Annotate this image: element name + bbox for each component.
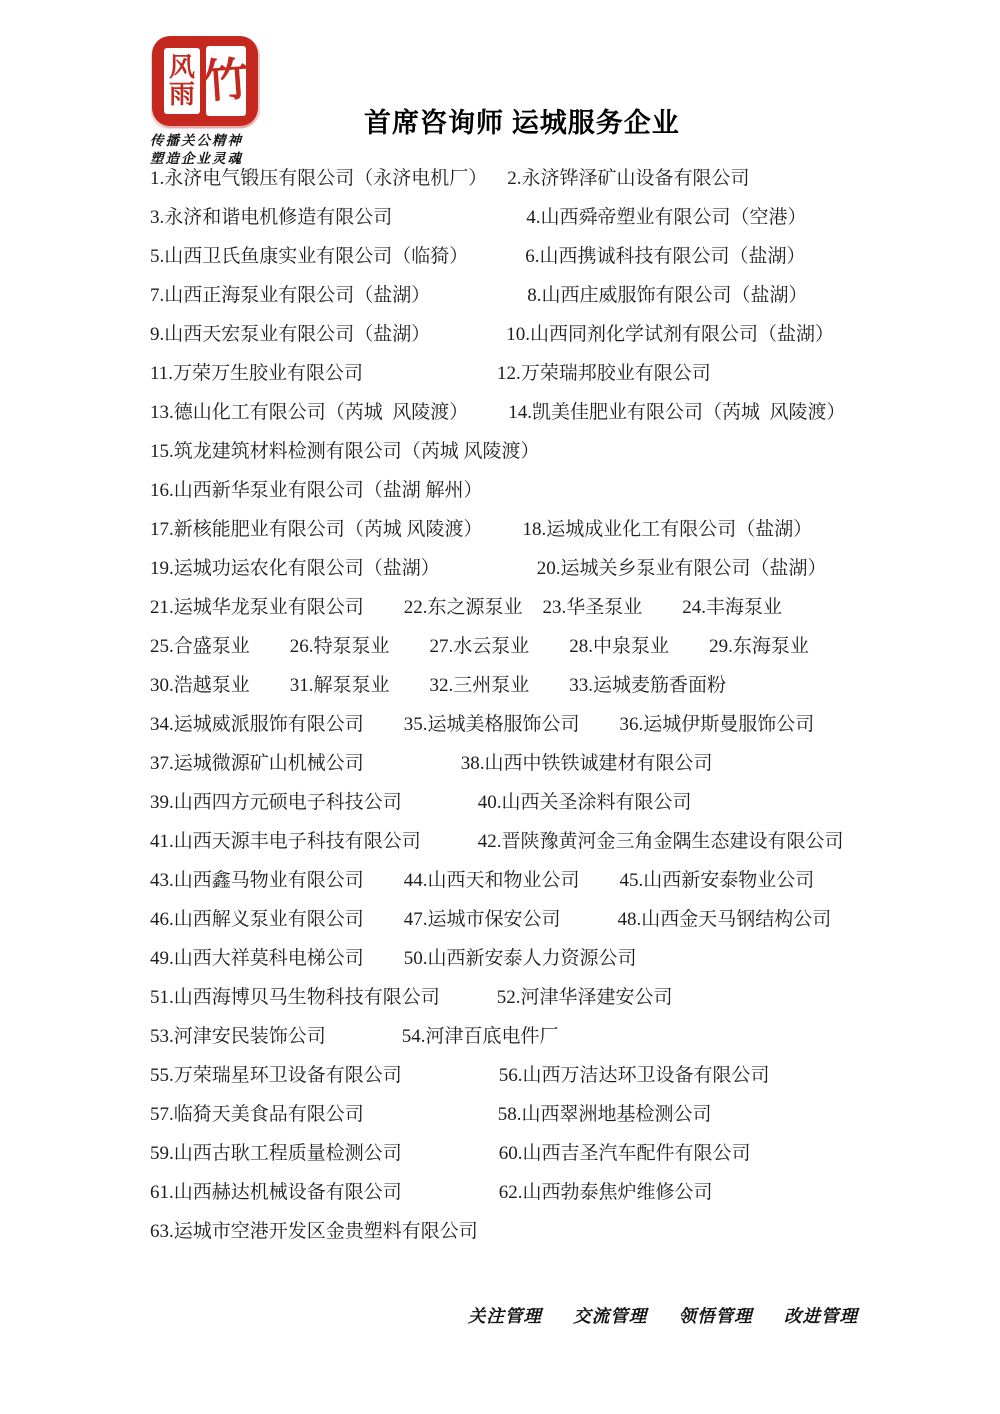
company-item: 60.山西吉圣汽车配件有限公司 <box>499 1143 751 1164</box>
company-line: 30.浩越泵业31.解泵泵业32.三州泵业33.运城麦筋香面粉 <box>150 674 858 698</box>
company-line: 34.运城威派服饰有限公司35.运城美格服饰公司36.运城伊斯曼服饰公司 <box>150 713 858 737</box>
company-item: 41.山西天源丰电子科技有限公司 <box>150 831 421 852</box>
company-item: 30.浩越泵业 <box>150 675 250 696</box>
company-item: 50.山西新安泰人力资源公司 <box>404 948 637 969</box>
brand-slogan-line1: 传播关公精神 <box>150 132 280 150</box>
company-line: 7.山西正海泵业有限公司（盐湖）8.山西庄威服饰有限公司（盐湖） <box>150 284 858 308</box>
company-item: 24.丰海泵业 <box>682 597 782 618</box>
company-line: 63.运城市空港开发区金贵塑料有限公司 <box>150 1220 858 1244</box>
company-line: 39.山西四方元硕电子科技公司40.山西关圣涂料有限公司 <box>150 791 858 815</box>
company-item: 37.运城微源矿山机械公司 <box>150 753 364 774</box>
company-item: 40.山西关圣涂料有限公司 <box>478 792 692 813</box>
company-item: 62.山西勃泰焦炉维修公司 <box>499 1182 713 1203</box>
company-line: 51.山西海博贝马生物科技有限公司52.河津华泽建安公司 <box>150 986 858 1010</box>
company-list: 1.永济电气锻压有限公司（永济电机厂）2.永济铧泽矿山设备有限公司 3.永济和谐… <box>150 167 858 1259</box>
company-line: 37.运城微源矿山机械公司38.山西中铁铁诚建材有限公司 <box>150 752 858 776</box>
seal-left-panel: 风 雨 <box>164 48 200 114</box>
brand-slogan: 传播关公精神 塑造企业灵魂 <box>150 132 280 168</box>
company-item: 63.运城市空港开发区金贵塑料有限公司 <box>150 1221 478 1242</box>
company-item: 6.山西携诚科技有限公司（盐湖） <box>525 246 805 267</box>
company-item: 9.山西天宏泵业有限公司（盐湖） <box>150 324 430 345</box>
seal-right-panel: 竹 <box>206 46 246 116</box>
company-item: 57.临猗天美食品有限公司 <box>150 1104 364 1125</box>
company-line: 49.山西大祥莫科电梯公司50.山西新安泰人力资源公司 <box>150 947 858 971</box>
company-line: 3.永济和谐电机修造有限公司4.山西舜帝塑业有限公司（空港） <box>150 206 858 230</box>
footer-motto: 关注管理 交流管理 领悟管理 改进管理 <box>150 1303 858 1328</box>
company-item: 31.解泵泵业 <box>290 675 390 696</box>
company-item: 59.山西古耿工程质量检测公司 <box>150 1143 402 1164</box>
company-item: 47.运城市保安公司 <box>404 909 561 930</box>
company-item: 27.水云泵业 <box>430 636 530 657</box>
company-item: 21.运城华龙泵业有限公司 <box>150 597 364 618</box>
company-line: 17.新核能肥业有限公司（芮城 风陵渡）18.运城成业化工有限公司（盐湖） <box>150 518 858 542</box>
company-line: 5.山西卫氏鱼康实业有限公司（临猗）6.山西携诚科技有限公司（盐湖） <box>150 245 858 269</box>
company-item: 22.东之源泵业 <box>404 597 523 618</box>
company-item: 19.运城功运农化有限公司（盐湖） <box>150 558 440 579</box>
company-item: 49.山西大祥莫科电梯公司 <box>150 948 364 969</box>
page-title: 首席咨询师 运城服务企业 <box>364 101 680 140</box>
company-item: 7.山西正海泵业有限公司（盐湖） <box>150 285 430 306</box>
brand-slogan-line2: 塑造企业灵魂 <box>150 150 280 168</box>
company-item: 61.山西赫达机械设备有限公司 <box>150 1182 402 1203</box>
footer-motto-item: 改进管理 <box>784 1306 858 1326</box>
company-item: 17.新核能肥业有限公司（芮城 风陵渡） <box>150 519 483 540</box>
company-item: 25.合盛泵业 <box>150 636 250 657</box>
company-line: 43.山西鑫马物业有限公司44.山西天和物业公司45.山西新安泰物业公司 <box>150 869 858 893</box>
company-item: 32.三州泵业 <box>430 675 530 696</box>
company-item: 51.山西海博贝马生物科技有限公司 <box>150 987 440 1008</box>
company-item: 14.凯美佳肥业有限公司（芮城 风陵渡） <box>508 402 845 423</box>
company-line: 16.山西新华泵业有限公司（盐湖 解州） <box>150 479 858 503</box>
document-page: 风 雨 竹 传播关公精神 塑造企业灵魂 首席咨询师 运城服务企业 1.永济电气锻… <box>0 0 1000 1414</box>
company-line: 61.山西赫达机械设备有限公司62.山西勃泰焦炉维修公司 <box>150 1181 858 1205</box>
company-line: 21.运城华龙泵业有限公司22.东之源泵业23.华圣泵业24.丰海泵业 <box>150 596 858 620</box>
company-item: 36.运城伊斯曼服饰公司 <box>620 714 815 735</box>
footer-motto-item: 关注管理 <box>468 1306 542 1326</box>
company-line: 15.筑龙建筑材料检测有限公司（芮城 风陵渡） <box>150 440 858 464</box>
company-item: 34.运城威派服饰有限公司 <box>150 714 364 735</box>
company-item: 10.山西同剂化学试剂有限公司（盐湖） <box>506 324 834 345</box>
company-item: 45.山西新安泰物业公司 <box>620 870 815 891</box>
company-item: 23.华圣泵业 <box>543 597 643 618</box>
company-item: 11.万荣万生胶业有限公司 <box>150 363 363 384</box>
company-item: 53.河津安民装饰公司 <box>150 1026 326 1047</box>
company-item: 56.山西万洁达环卫设备有限公司 <box>499 1065 770 1086</box>
company-item: 54.河津百底电件厂 <box>402 1026 559 1047</box>
company-item: 44.山西天和物业公司 <box>404 870 580 891</box>
company-item: 42.晋陕豫黄河金三角金隅生态建设有限公司 <box>478 831 844 852</box>
company-line: 9.山西天宏泵业有限公司（盐湖）10.山西同剂化学试剂有限公司（盐湖） <box>150 323 858 347</box>
brand-logo: 风 雨 竹 传播关公精神 塑造企业灵魂 <box>150 36 280 168</box>
company-item: 5.山西卫氏鱼康实业有限公司（临猗） <box>150 246 468 267</box>
footer-motto-item: 交流管理 <box>573 1306 647 1326</box>
company-line: 55.万荣瑞星环卫设备有限公司56.山西万洁达环卫设备有限公司 <box>150 1064 858 1088</box>
company-item: 2.永济铧泽矿山设备有限公司 <box>507 168 749 189</box>
company-item: 29.东海泵业 <box>709 636 809 657</box>
seal-char-yu: 雨 <box>169 81 195 108</box>
company-item: 16.山西新华泵业有限公司（盐湖 解州） <box>150 480 483 501</box>
company-line: 13.德山化工有限公司（芮城 风陵渡）14.凯美佳肥业有限公司（芮城 风陵渡） <box>150 401 858 425</box>
company-item: 3.永济和谐电机修造有限公司 <box>150 207 392 228</box>
company-item: 15.筑龙建筑材料检测有限公司（芮城 风陵渡） <box>150 441 540 462</box>
seal-char-zhu: 竹 <box>201 55 250 106</box>
footer-motto-item: 领悟管理 <box>679 1306 753 1326</box>
company-item: 35.运城美格服饰公司 <box>404 714 580 735</box>
company-line: 1.永济电气锻压有限公司（永济电机厂）2.永济铧泽矿山设备有限公司 <box>150 167 858 191</box>
company-item: 26.特泵泵业 <box>290 636 390 657</box>
company-item: 46.山西解义泵业有限公司 <box>150 909 364 930</box>
company-item: 28.中泉泵业 <box>569 636 669 657</box>
company-item: 4.山西舜帝塑业有限公司（空港） <box>526 207 806 228</box>
company-line: 53.河津安民装饰公司54.河津百底电件厂 <box>150 1025 858 1049</box>
company-item: 1.永济电气锻压有限公司（永济电机厂） <box>150 168 487 189</box>
company-line: 25.合盛泵业26.特泵泵业27.水云泵业28.中泉泵业29.东海泵业 <box>150 635 858 659</box>
company-line: 41.山西天源丰电子科技有限公司42.晋陕豫黄河金三角金隅生态建设有限公司 <box>150 830 858 854</box>
company-line: 11.万荣万生胶业有限公司12.万荣瑞邦胶业有限公司 <box>150 362 858 386</box>
company-line: 19.运城功运农化有限公司（盐湖）20.运城关乡泵业有限公司（盐湖） <box>150 557 858 581</box>
company-line: 59.山西古耿工程质量检测公司60.山西吉圣汽车配件有限公司 <box>150 1142 858 1166</box>
company-item: 12.万荣瑞邦胶业有限公司 <box>497 363 711 384</box>
company-item: 20.运城关乡泵业有限公司（盐湖） <box>537 558 827 579</box>
company-item: 52.河津华泽建安公司 <box>497 987 673 1008</box>
company-item: 55.万荣瑞星环卫设备有限公司 <box>150 1065 402 1086</box>
company-line: 46.山西解义泵业有限公司47.运城市保安公司48.山西金天马钢结构公司 <box>150 908 858 932</box>
company-item: 33.运城麦筋香面粉 <box>569 675 726 696</box>
company-item: 48.山西金天马钢结构公司 <box>618 909 832 930</box>
company-item: 18.运城成业化工有限公司（盐湖） <box>523 519 813 540</box>
company-item: 13.德山化工有限公司（芮城 风陵渡） <box>150 402 468 423</box>
company-item: 38.山西中铁铁诚建材有限公司 <box>461 753 713 774</box>
company-item: 39.山西四方元硕电子科技公司 <box>150 792 402 813</box>
company-item: 43.山西鑫马物业有限公司 <box>150 870 364 891</box>
company-item: 8.山西庄威服饰有限公司（盐湖） <box>527 285 807 306</box>
seal-char-feng: 风 <box>169 54 195 81</box>
brand-seal: 风 雨 竹 <box>152 36 258 126</box>
company-item: 58.山西翠洲地基检测公司 <box>498 1104 712 1125</box>
company-line: 57.临猗天美食品有限公司58.山西翠洲地基检测公司 <box>150 1103 858 1127</box>
